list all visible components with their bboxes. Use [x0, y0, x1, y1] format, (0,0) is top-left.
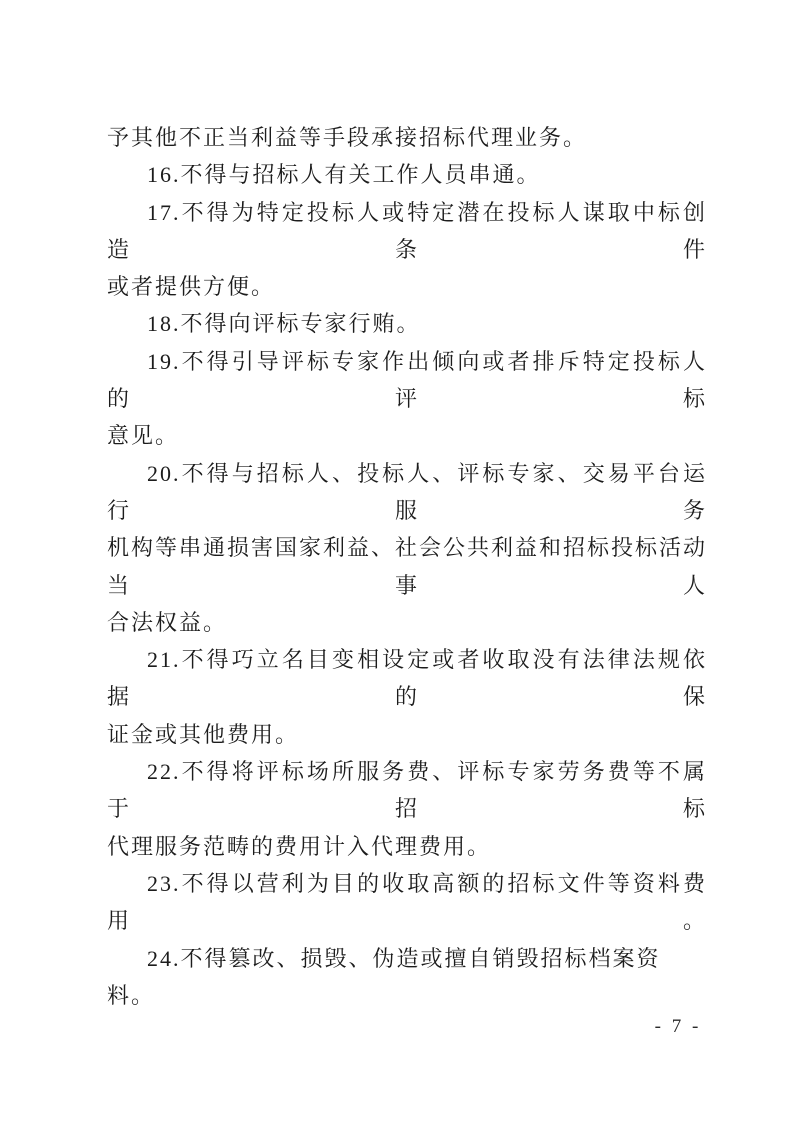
document-page: 予其他不正当利益等手段承接招标代理业务。16.不得与招标人有关工作人员串通。17… [0, 0, 793, 1122]
item-24: 24.不得篡改、损毁、伪造或擅自销毁招标档案资料。 [107, 940, 707, 1015]
text-line: 代理服务范畴的费用计入代理费用。 [107, 828, 707, 865]
page-number: - 7 - [636, 1016, 720, 1038]
text-line: 22.不得将评标场所服务费、评标专家劳务费等不属于招标 [107, 753, 707, 828]
text-line: 19.不得引导评标专家作出倾向或者排斥特定投标人的评标 [107, 343, 707, 418]
text-line: 意见。 [107, 417, 707, 454]
item-17: 17.不得为特定投标人或特定潜在投标人谋取中标创造条件或者提供方便。 [107, 194, 707, 306]
text-line: 或者提供方便。 [107, 268, 707, 305]
item-18: 18.不得向评标专家行贿。 [107, 305, 707, 342]
text-line: 18.不得向评标专家行贿。 [107, 305, 707, 342]
text-line: 21.不得巧立名目变相设定或者收取没有法律法规依据的保 [107, 641, 707, 716]
text-line: 证金或其他费用。 [107, 716, 707, 753]
document-body: 予其他不正当利益等手段承接招标代理业务。16.不得与招标人有关工作人员串通。17… [107, 119, 707, 1014]
text-line: 予其他不正当利益等手段承接招标代理业务。 [107, 119, 707, 156]
item-22: 22.不得将评标场所服务费、评标专家劳务费等不属于招标代理服务范畴的费用计入代理… [107, 753, 707, 865]
text-line: 机构等串通损害国家利益、社会公共利益和招标投标活动当事人 [107, 529, 707, 604]
text-line: 20.不得与招标人、投标人、评标专家、交易平台运行服务 [107, 455, 707, 530]
item-20: 20.不得与招标人、投标人、评标专家、交易平台运行服务机构等串通损害国家利益、社… [107, 455, 707, 641]
text-line: 合法权益。 [107, 604, 707, 641]
text-line: 24.不得篡改、损毁、伪造或擅自销毁招标档案资料。 [107, 940, 707, 1015]
text-line: 17.不得为特定投标人或特定潜在投标人谋取中标创造条件 [107, 194, 707, 269]
item-21: 21.不得巧立名目变相设定或者收取没有法律法规依据的保证金或其他费用。 [107, 641, 707, 753]
text-line: 23.不得以营利为目的收取高额的招标文件等资料费用。 [107, 865, 707, 940]
item-16: 16.不得与招标人有关工作人员串通。 [107, 156, 707, 193]
text-line: 16.不得与招标人有关工作人员串通。 [107, 156, 707, 193]
item-23: 23.不得以营利为目的收取高额的招标文件等资料费用。 [107, 865, 707, 940]
paragraph-15-continuation: 予其他不正当利益等手段承接招标代理业务。 [107, 119, 707, 156]
item-19: 19.不得引导评标专家作出倾向或者排斥特定投标人的评标意见。 [107, 343, 707, 455]
